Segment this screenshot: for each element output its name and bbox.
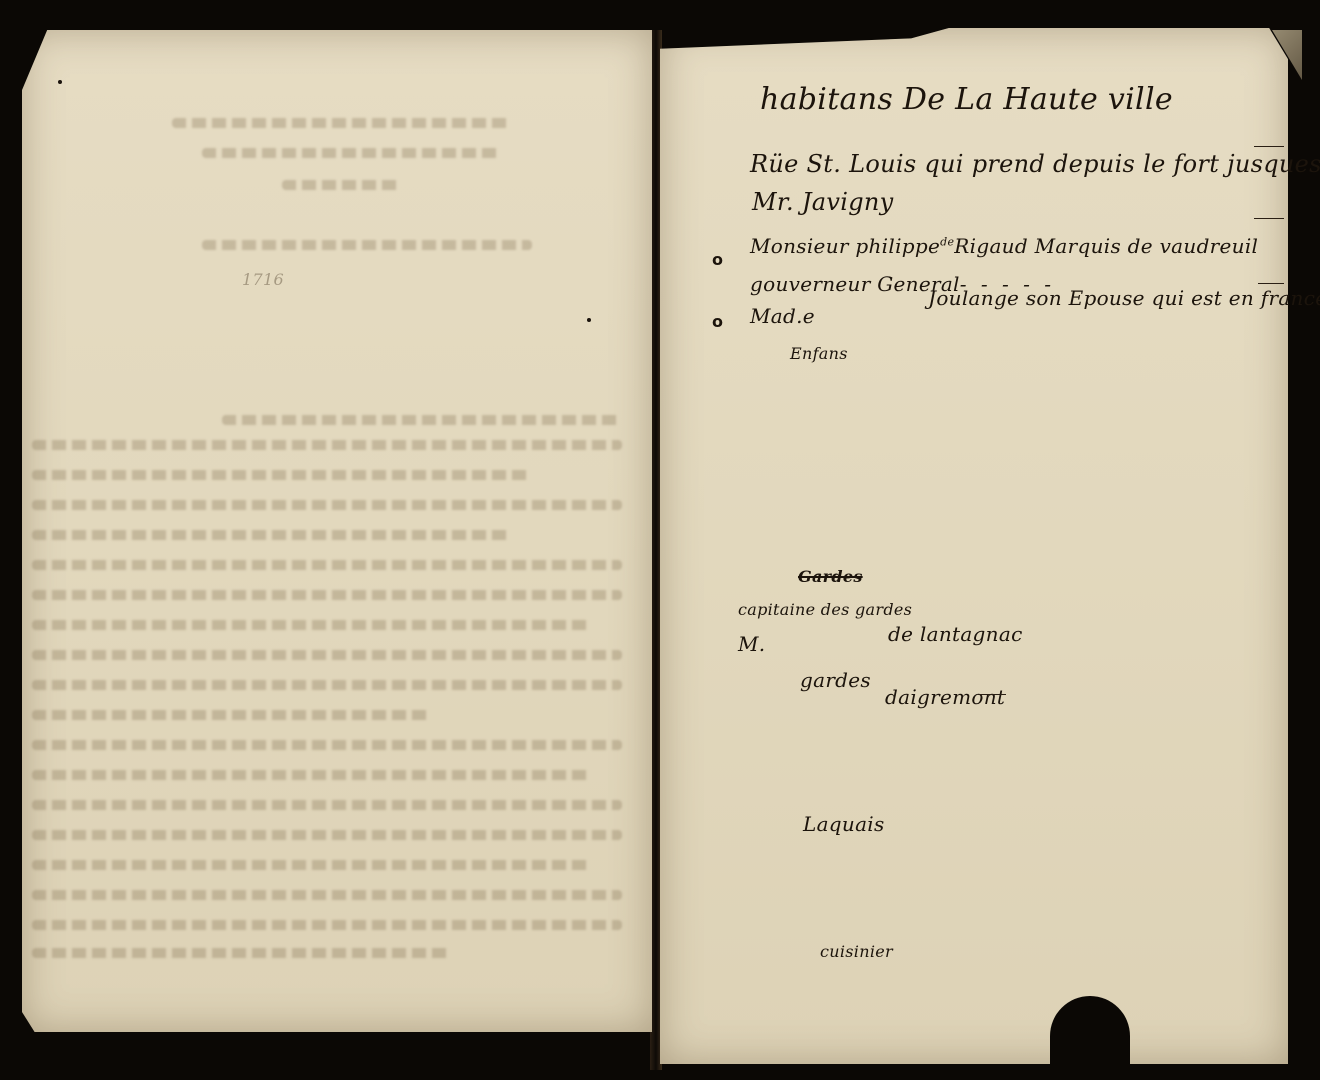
right-page xyxy=(660,28,1288,1064)
entry-wife-label: Mad.e xyxy=(750,304,815,328)
margin-rule xyxy=(1254,218,1284,219)
captain-name: de lantagnac xyxy=(888,622,1023,646)
bleed-through-line xyxy=(32,890,622,900)
bleed-through-line xyxy=(32,500,622,510)
bleed-through-line xyxy=(32,710,432,720)
guards-label: gardes xyxy=(800,668,871,692)
ink-speck xyxy=(587,318,591,322)
street-line-1: Rüe St. Louis qui prend depuis le fort j… xyxy=(750,150,1320,178)
guard-name: daigremont xyxy=(885,685,1005,709)
bleed-through-line xyxy=(32,740,622,750)
street-line-2: Mr. Javigny xyxy=(752,188,894,216)
struck-word: Gardes xyxy=(798,567,863,586)
captain-label: capitaine des gardes xyxy=(738,600,912,619)
entry-wife-note: Joulange son Epouse qui est en france xyxy=(928,286,1320,310)
entry-marker: o xyxy=(712,250,723,269)
bleed-through-line xyxy=(32,800,622,810)
bleed-through-line xyxy=(32,530,512,540)
bleed-through-line xyxy=(32,920,622,930)
entry-surname: Rigaud Marquis de vaudreuil xyxy=(954,234,1258,258)
children-label: Enfans xyxy=(790,344,848,363)
bleed-through-line xyxy=(32,650,622,660)
margin-rule xyxy=(1254,146,1284,147)
entry-marker: o xyxy=(712,312,723,331)
bleed-through-line xyxy=(282,180,402,190)
bleed-through-line xyxy=(32,560,622,570)
bleed-through-line xyxy=(32,590,622,600)
left-page: 1716 xyxy=(22,30,652,1032)
captain-prefix: M. xyxy=(738,632,765,656)
entry-first-name: Monsieur philippe xyxy=(750,234,940,258)
bleed-through-line xyxy=(202,240,532,250)
bleed-through-line xyxy=(202,148,502,158)
bleed-through-line xyxy=(32,620,592,630)
bleed-through-line xyxy=(32,770,592,780)
page-heading: habitans De La Haute ville xyxy=(760,82,1173,117)
bleed-through-line xyxy=(222,415,622,425)
page-damage-notch xyxy=(1050,996,1130,1080)
bleed-through-line xyxy=(172,118,512,128)
bleed-through-line xyxy=(32,440,622,450)
bleed-through-line xyxy=(32,860,592,870)
cook-label: cuisinier xyxy=(820,942,893,961)
bleed-through-line xyxy=(32,470,532,480)
ink-speck xyxy=(58,80,62,84)
lackey-label: Laquais xyxy=(803,812,885,836)
name-rule xyxy=(978,694,1006,695)
entry-name: Monsieur philippedeRigaud Marquis de vau… xyxy=(750,234,1258,258)
bleed-through-line xyxy=(32,830,622,840)
entry-particle: de xyxy=(940,235,954,248)
bleed-through-line xyxy=(32,948,452,958)
bleed-through-line xyxy=(32,680,622,690)
margin-rule xyxy=(1258,283,1284,284)
bleed-through-year: 1716 xyxy=(242,270,284,289)
